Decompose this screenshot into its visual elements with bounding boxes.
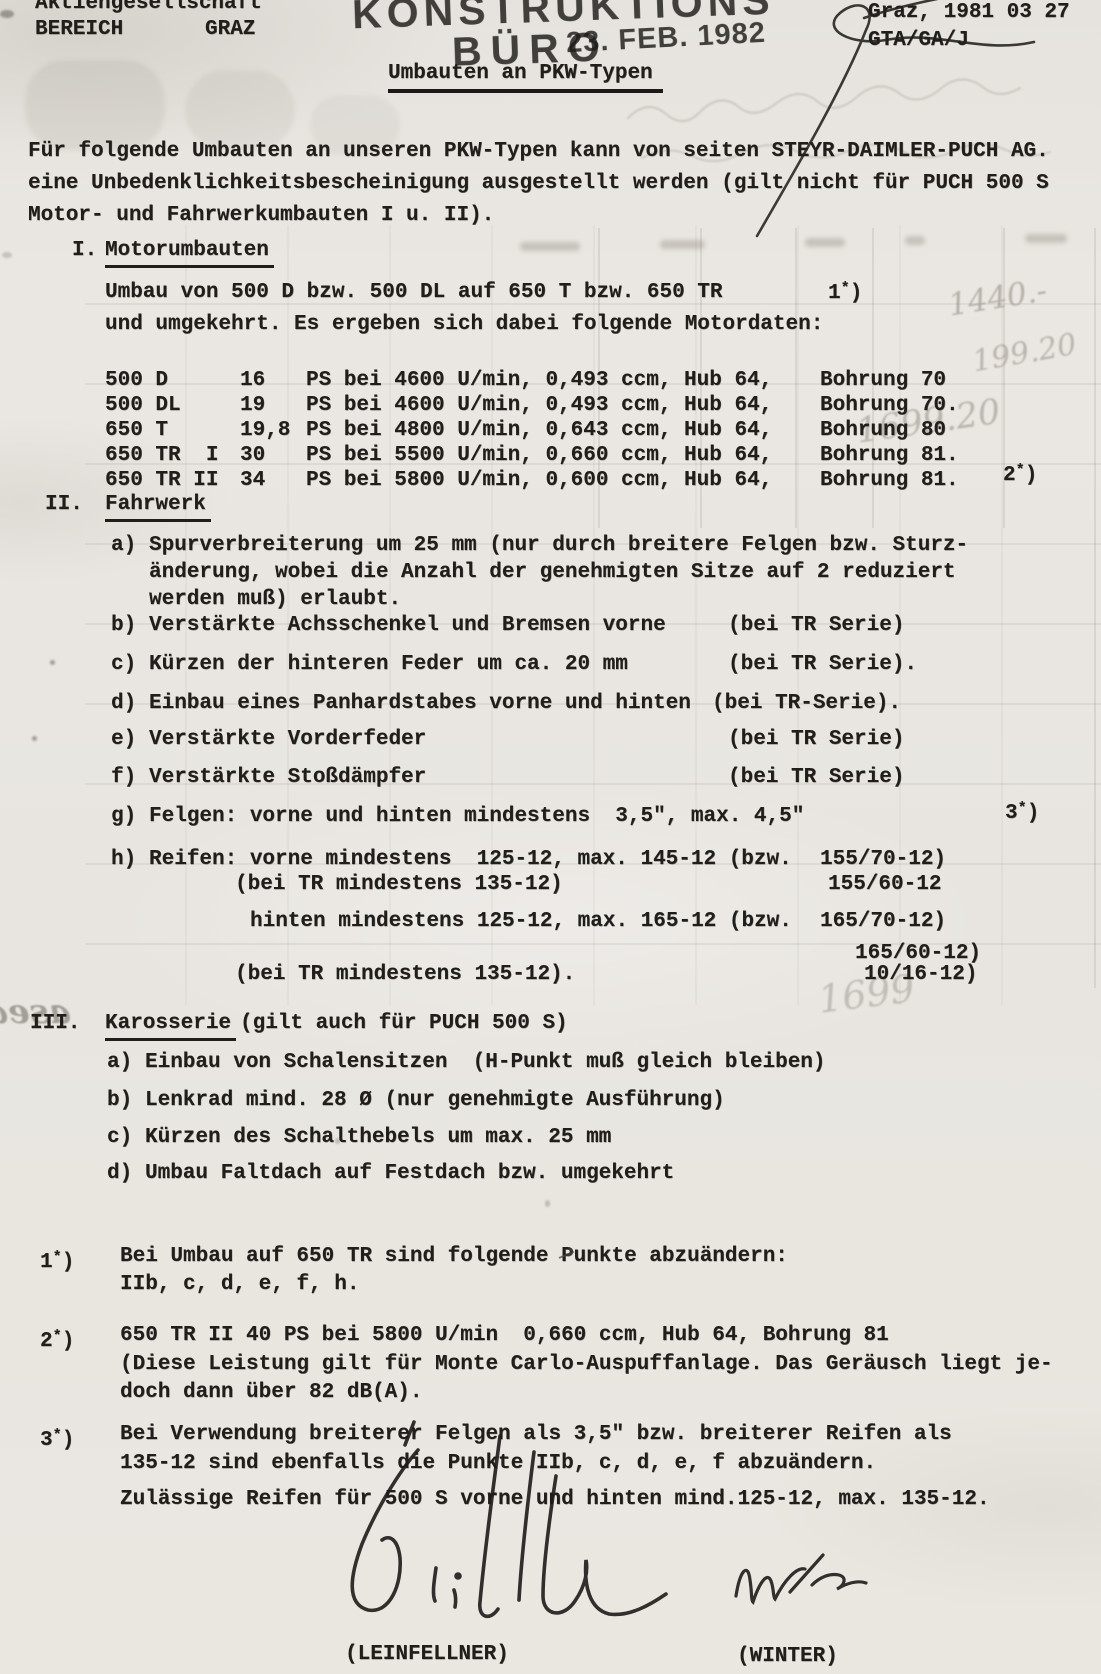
item-letter: f) xyxy=(111,766,136,790)
motor-spec: PS bei 4600 U/min, 0,493 ccm, Hub 64, xyxy=(306,394,772,418)
item-note: (bei TR-Serie). xyxy=(712,692,901,716)
item-text: Kürzen der hinteren Feder um ca. 20 mm xyxy=(149,653,628,677)
scan-speck xyxy=(32,736,37,741)
section-3-heading: Karosserie xyxy=(105,1012,236,1041)
item-letter: b) xyxy=(107,1089,132,1113)
footnote-ref-3: 3*) xyxy=(1005,796,1039,826)
footnote-2-line-2: (Diese Leistung gilt für Monte Carlo-Aus… xyxy=(120,1353,1053,1377)
section-2-numeral: II. xyxy=(45,493,83,517)
intro-line-3: Motor- und Fahrwerkumbauten I u. II). xyxy=(28,204,494,228)
page-title: Umbauten an PKW-Typen xyxy=(388,62,663,93)
item-note: (bei TR Serie) xyxy=(728,728,904,752)
motor-model: 500 DL xyxy=(105,394,181,418)
signature-name-right: (WINTER) xyxy=(737,1645,838,1669)
item-letter: a) xyxy=(111,534,136,558)
item-letter: b) xyxy=(111,614,136,638)
motor-spec: PS bei 5500 U/min, 0,660 ccm, Hub 64, xyxy=(306,444,772,468)
tyre-row1-right: 155/70-12) xyxy=(820,848,946,872)
tyre-row3-right: 165/70-12) xyxy=(820,910,946,934)
item-note: (bei TR Serie) xyxy=(728,614,904,638)
motor-bore: Bohrung 80 xyxy=(820,419,946,443)
signature-leinfellner xyxy=(318,1418,678,1658)
item-text: Einbau von Schalensitzen (H-Punkt muß gl… xyxy=(145,1051,826,1075)
item-text: Einbau eines Panhardstabes vorne und hin… xyxy=(149,692,691,716)
item-letter: c) xyxy=(107,1126,132,1150)
motor-bore: Bohrung 70. xyxy=(820,394,959,418)
section-3-heading-suffix: (gilt auch für PUCH 500 S) xyxy=(240,1012,568,1036)
motor-spec: PS bei 4600 U/min, 0,493 ccm, Hub 64, xyxy=(306,369,772,393)
tyre-row5-right: 10/16-12) xyxy=(864,963,977,987)
item-text: Verstärkte Achsschenkel und Bremsen vorn… xyxy=(149,614,666,638)
footnote-3-marker: 3*) xyxy=(40,1423,74,1453)
motor-bore: Bohrung 81. xyxy=(820,469,959,493)
item-text: Kürzen des Schalthebels um max. 25 mm xyxy=(145,1126,611,1150)
item-text: Verstärkte Stoßdämpfer xyxy=(149,766,426,790)
motor-model: 500 D xyxy=(105,369,168,393)
tyre-row1-left: Reifen: vorne mindestens 125-12, max. 14… xyxy=(149,848,792,872)
item-letter: a) xyxy=(107,1051,132,1075)
footnote-1-line-2: IIb, c, d, e, f, h. xyxy=(120,1273,359,1297)
footnote-1-marker: 1*) xyxy=(40,1245,74,1275)
motor-spec: PS bei 5800 U/min, 0,600 ccm, Hub 64, xyxy=(306,469,772,493)
tyre-row2-right: 155/60-12 xyxy=(828,873,941,897)
motor-ps: 34 xyxy=(240,469,265,493)
item-note: (bei TR Serie). xyxy=(728,653,917,677)
tyre-row5-left: (bei TR mindestens 135-12). xyxy=(235,963,575,987)
item-text: Umbau Faltdach auf Festdach bzw. umgekeh… xyxy=(145,1162,674,1186)
motor-model: 650 T xyxy=(105,419,168,443)
signature-winter xyxy=(726,1538,886,1638)
footnote-2-line-1: 650 TR II 40 PS bei 5800 U/min 0,660 ccm… xyxy=(120,1324,889,1348)
motor-ps: 19,8 xyxy=(240,419,290,443)
item-text: werden muß) erlaubt. xyxy=(149,588,401,612)
item-text: Spurverbreiterung um 25 mm (nur durch br… xyxy=(149,534,968,558)
motor-bore: Bohrung 81. xyxy=(820,444,959,468)
footnote-1-line-1: Bei Umbau auf 650 TR sind folgende Punkt… xyxy=(120,1245,788,1269)
item-letter: h) xyxy=(111,848,136,872)
intro-line-1: Für folgende Umbauten an unseren PKW-Typ… xyxy=(28,140,1049,164)
scanned-document-page: asea 1440.- 199.20 1699.20 1699 Aktienge… xyxy=(0,0,1101,1674)
section-1-heading: Motorumbauten xyxy=(105,239,274,268)
scan-speck xyxy=(545,1200,550,1207)
footnote-ref-1: 1*) xyxy=(828,276,862,306)
item-letter: d) xyxy=(111,692,136,716)
item-letter: g) xyxy=(111,805,136,829)
item-letter: c) xyxy=(111,653,136,677)
item-text: Felgen: vorne und hinten mindestens 3,5"… xyxy=(149,805,804,829)
motor-ps: 19 xyxy=(240,394,265,418)
motor-spec: PS bei 4800 U/min, 0,643 ccm, Hub 64, xyxy=(306,419,772,443)
signature-name-left: (LEINFELLNER) xyxy=(345,1643,509,1667)
tyre-row3-left: hinten mindestens 125-12, max. 165-12 (b… xyxy=(250,910,792,934)
item-text: Lenkrad mind. 28 Ø (nur genehmigte Ausfü… xyxy=(145,1089,725,1113)
motor-ps: 16 xyxy=(240,369,265,393)
item-note: (bei TR Serie) xyxy=(728,766,904,790)
section-3-numeral: III. xyxy=(30,1012,80,1036)
footnote-ref-2: 2*) xyxy=(1003,458,1037,488)
section-1-lead-1: Umbau von 500 D bzw. 500 DL auf 650 T bz… xyxy=(105,281,723,305)
motor-bore: Bohrung 70 xyxy=(820,369,946,393)
footnote-2-marker: 2*) xyxy=(40,1324,74,1354)
item-letter: d) xyxy=(107,1162,132,1186)
scan-speck xyxy=(50,660,55,665)
item-text: änderung, wobei die Anzahl der genehmigt… xyxy=(149,561,956,585)
motor-model: 650 TR I xyxy=(105,444,218,468)
intro-line-2: eine Unbedenklichkeitsbescheinigung ausg… xyxy=(28,172,1049,196)
tyre-row2-left: (bei TR mindestens 135-12) xyxy=(235,873,563,897)
pencil-tick xyxy=(555,1242,595,1272)
section-2-heading: Fahrwerk xyxy=(105,493,211,522)
item-text: Verstärkte Vorderfeder xyxy=(149,728,426,752)
footnote-2-line-3: doch dann über 82 dB(A). xyxy=(120,1381,422,1405)
motor-model: 650 TR II xyxy=(105,469,218,493)
section-1-numeral: I. xyxy=(72,239,97,263)
item-letter: e) xyxy=(111,728,136,752)
section-1-lead-2: und umgekehrt. Es ergeben sich dabei fol… xyxy=(105,313,823,337)
motor-ps: 30 xyxy=(240,444,265,468)
